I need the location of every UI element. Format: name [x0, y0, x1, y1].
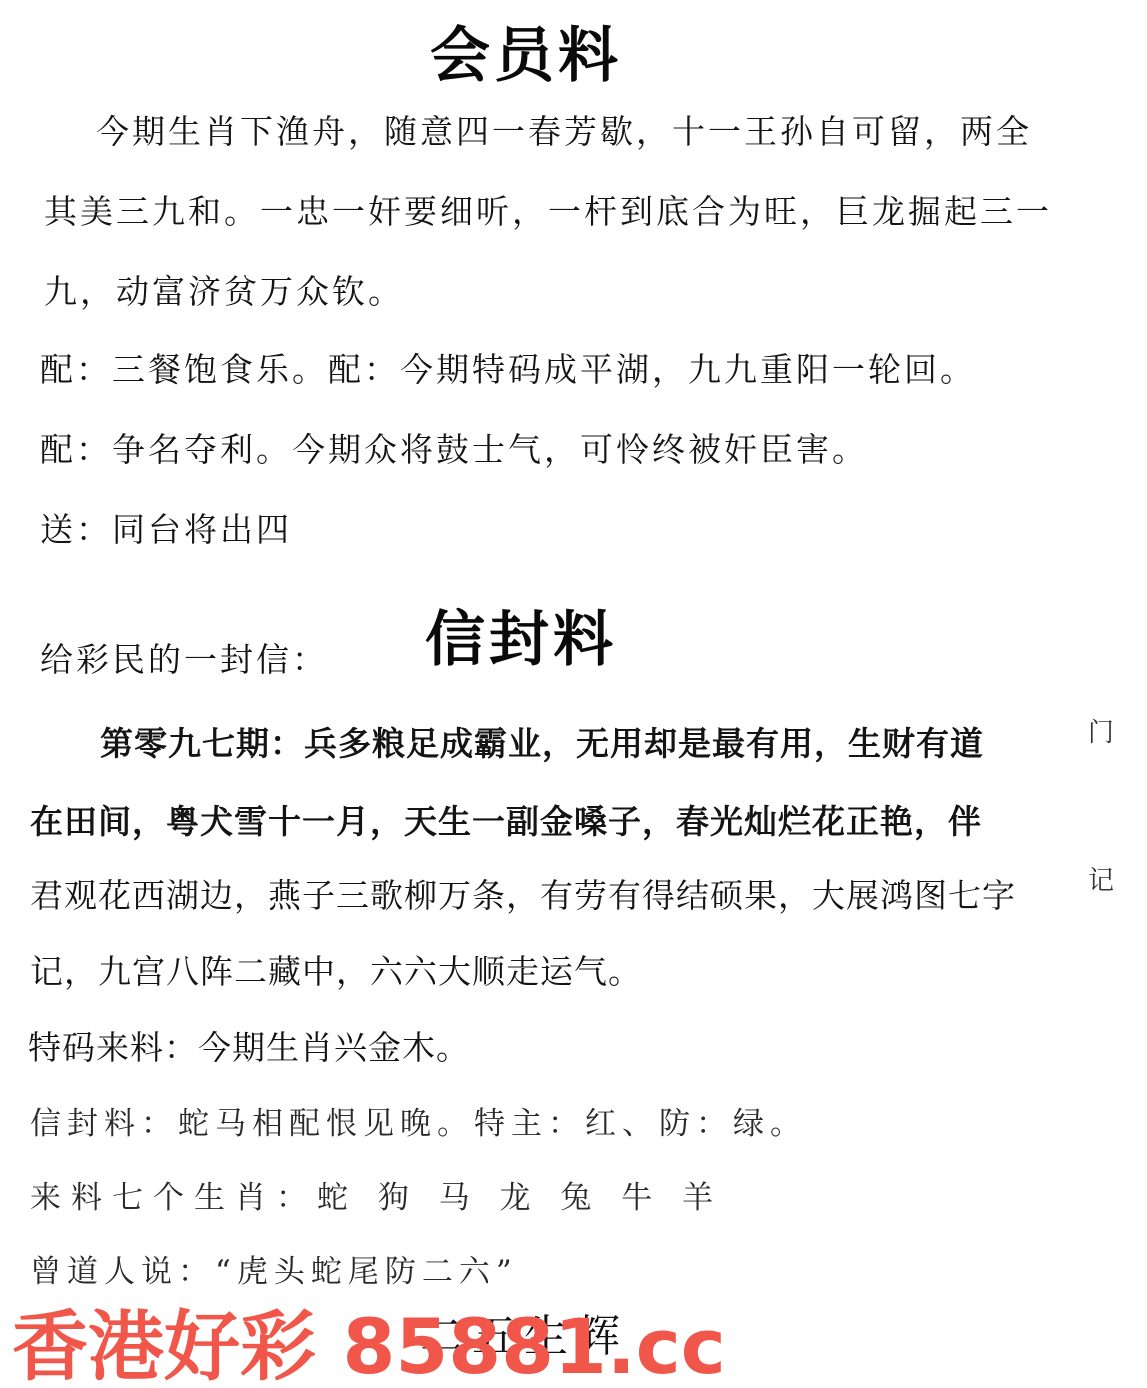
watermark: 香港好彩 85881.cc: [12, 1286, 726, 1388]
letter-line-2: 在田间，粤犬雪十一月，天生一副金嗓子，春光灿烂花正艳，伴: [30, 796, 982, 843]
letter-heading: 给彩民的一封信：: [40, 634, 328, 681]
seven-zodiacs-line: 来料七个生肖：蛇 狗 马 龙 兔 牛 羊: [30, 1172, 723, 1217]
edge-mark-top: 门: [1088, 712, 1114, 749]
member-pair-line-2: 配：争名夺利。今期众将鼓士气，可怜终被奸臣害。: [40, 424, 868, 471]
letter-line-1: 第零九七期：兵多粮足成霸业，无用却是最有用，生财有道: [100, 718, 984, 765]
member-gift-line: 送：同台将出四: [40, 504, 292, 551]
letter-line-4: 记，九宫八阵二藏中，六六大顺走运气。: [30, 946, 642, 993]
envelope-note-line: 信封料：蛇马相配恨见晚。特主：红、防：绿。: [30, 1098, 807, 1143]
edge-mark-bottom: 记: [1088, 860, 1114, 897]
member-paragraph-line-1: 今期生肖下渔舟，随意四一春芳歇，十一王孙自可留，两全: [96, 106, 1032, 153]
envelope-section-title: 信封料: [425, 592, 617, 678]
member-paragraph-line-3: 九，动富济贫万众钦。: [44, 266, 404, 313]
special-code-line: 特码来料：今期生肖兴金木。: [28, 1022, 470, 1069]
taoist-saying-line: 曾道人说：“虎头蛇尾防二六”: [30, 1246, 518, 1291]
member-pair-line-1: 配：三餐饱食乐。配：今期特码成平湖，九九重阳一轮回。: [40, 344, 976, 391]
letter-line-3: 君观花西湖边，燕子三歌柳万条，有劳有得结硕果，大展鸿图七字: [30, 870, 1016, 917]
member-paragraph-line-2: 其美三九和。一忠一奸要细听，一杆到底合为旺，巨龙掘起三一: [44, 186, 1052, 233]
member-section-title: 会员料: [430, 8, 622, 94]
